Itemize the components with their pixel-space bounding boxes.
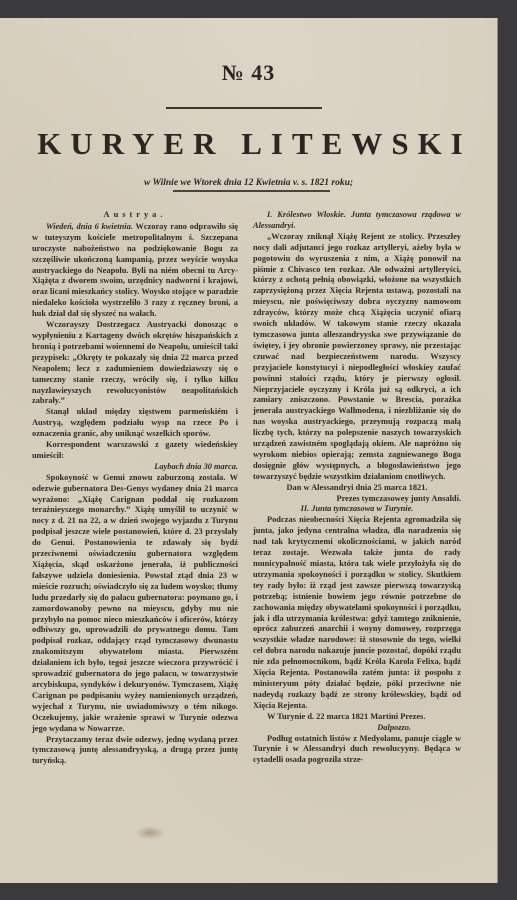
newspaper-page: № 43 KURYER LITEWSKI w Wilnie we Wtorek … bbox=[0, 18, 497, 883]
article-paragraph: Stanął układ między xięstwem parmeńskiém… bbox=[32, 407, 238, 440]
proclamation-dateline: Dan w Alessandryi dnia 25 marca 1821. bbox=[253, 483, 461, 494]
article-paragraph: Wczorayszy Dostrzegacz Austryacki donosz… bbox=[32, 320, 238, 407]
article-paragraph: Spokoyność w Genui znowu zaburzoną zosta… bbox=[32, 473, 238, 735]
right-column: I. Królestwo Włoskie. Junta tymczasowa r… bbox=[253, 210, 461, 766]
masthead-rule-top bbox=[166, 107, 322, 109]
masthead-rule-bottom bbox=[173, 190, 330, 192]
article-paragraph: Wiedeń, dnia 6 kwietnia. Wczoray rano od… bbox=[32, 222, 238, 320]
subheading-alessandria-junta: I. Królestwo Włoskie. Junta tymczasowa r… bbox=[253, 210, 461, 232]
paragraph-lead: Wiedeń, dnia 6 kwietnia. bbox=[46, 222, 133, 231]
proclamation-signature: Prezes tymczasowey junty Ansaldi. bbox=[253, 494, 461, 505]
issue-number: № 43 bbox=[0, 60, 497, 86]
article-paragraph: Korrespondent warszawski z gazety wiedeń… bbox=[32, 440, 238, 462]
proclamation-signature: Dalpozzo. bbox=[253, 723, 461, 734]
left-column: Austrya. Wiedeń, dnia 6 kwietnia. Wczora… bbox=[32, 210, 238, 767]
section-heading-austrya: Austrya. bbox=[32, 210, 238, 221]
masthead-dateline: w Wilnie we Wtorek dnia 12 Kwietnia v. s… bbox=[0, 178, 497, 188]
article-paragraph: Przytaczamy teraz dwie odezwy, jednę wyd… bbox=[32, 735, 238, 768]
paper-stain bbox=[135, 826, 165, 840]
article-paragraph: Podczas nieobecności Xięcia Rejenta zgro… bbox=[253, 515, 461, 711]
proclamation-dateline: W Turynie d. 22 marca 1821 Martini Preze… bbox=[253, 712, 461, 723]
correspondence-dateline: Laybach dnia 30 marca. bbox=[32, 462, 238, 473]
newspaper-title: KURYER LITEWSKI bbox=[0, 126, 503, 162]
article-paragraph: Podług ostatnich listów z Medyolanu, pan… bbox=[253, 734, 461, 767]
article-paragraph: „Wczoray zniknął Xiążę Rejent ze stolicy… bbox=[253, 232, 461, 483]
subheading-turin-junta: II. Junta tymczasowa w Turynie. bbox=[253, 504, 461, 515]
